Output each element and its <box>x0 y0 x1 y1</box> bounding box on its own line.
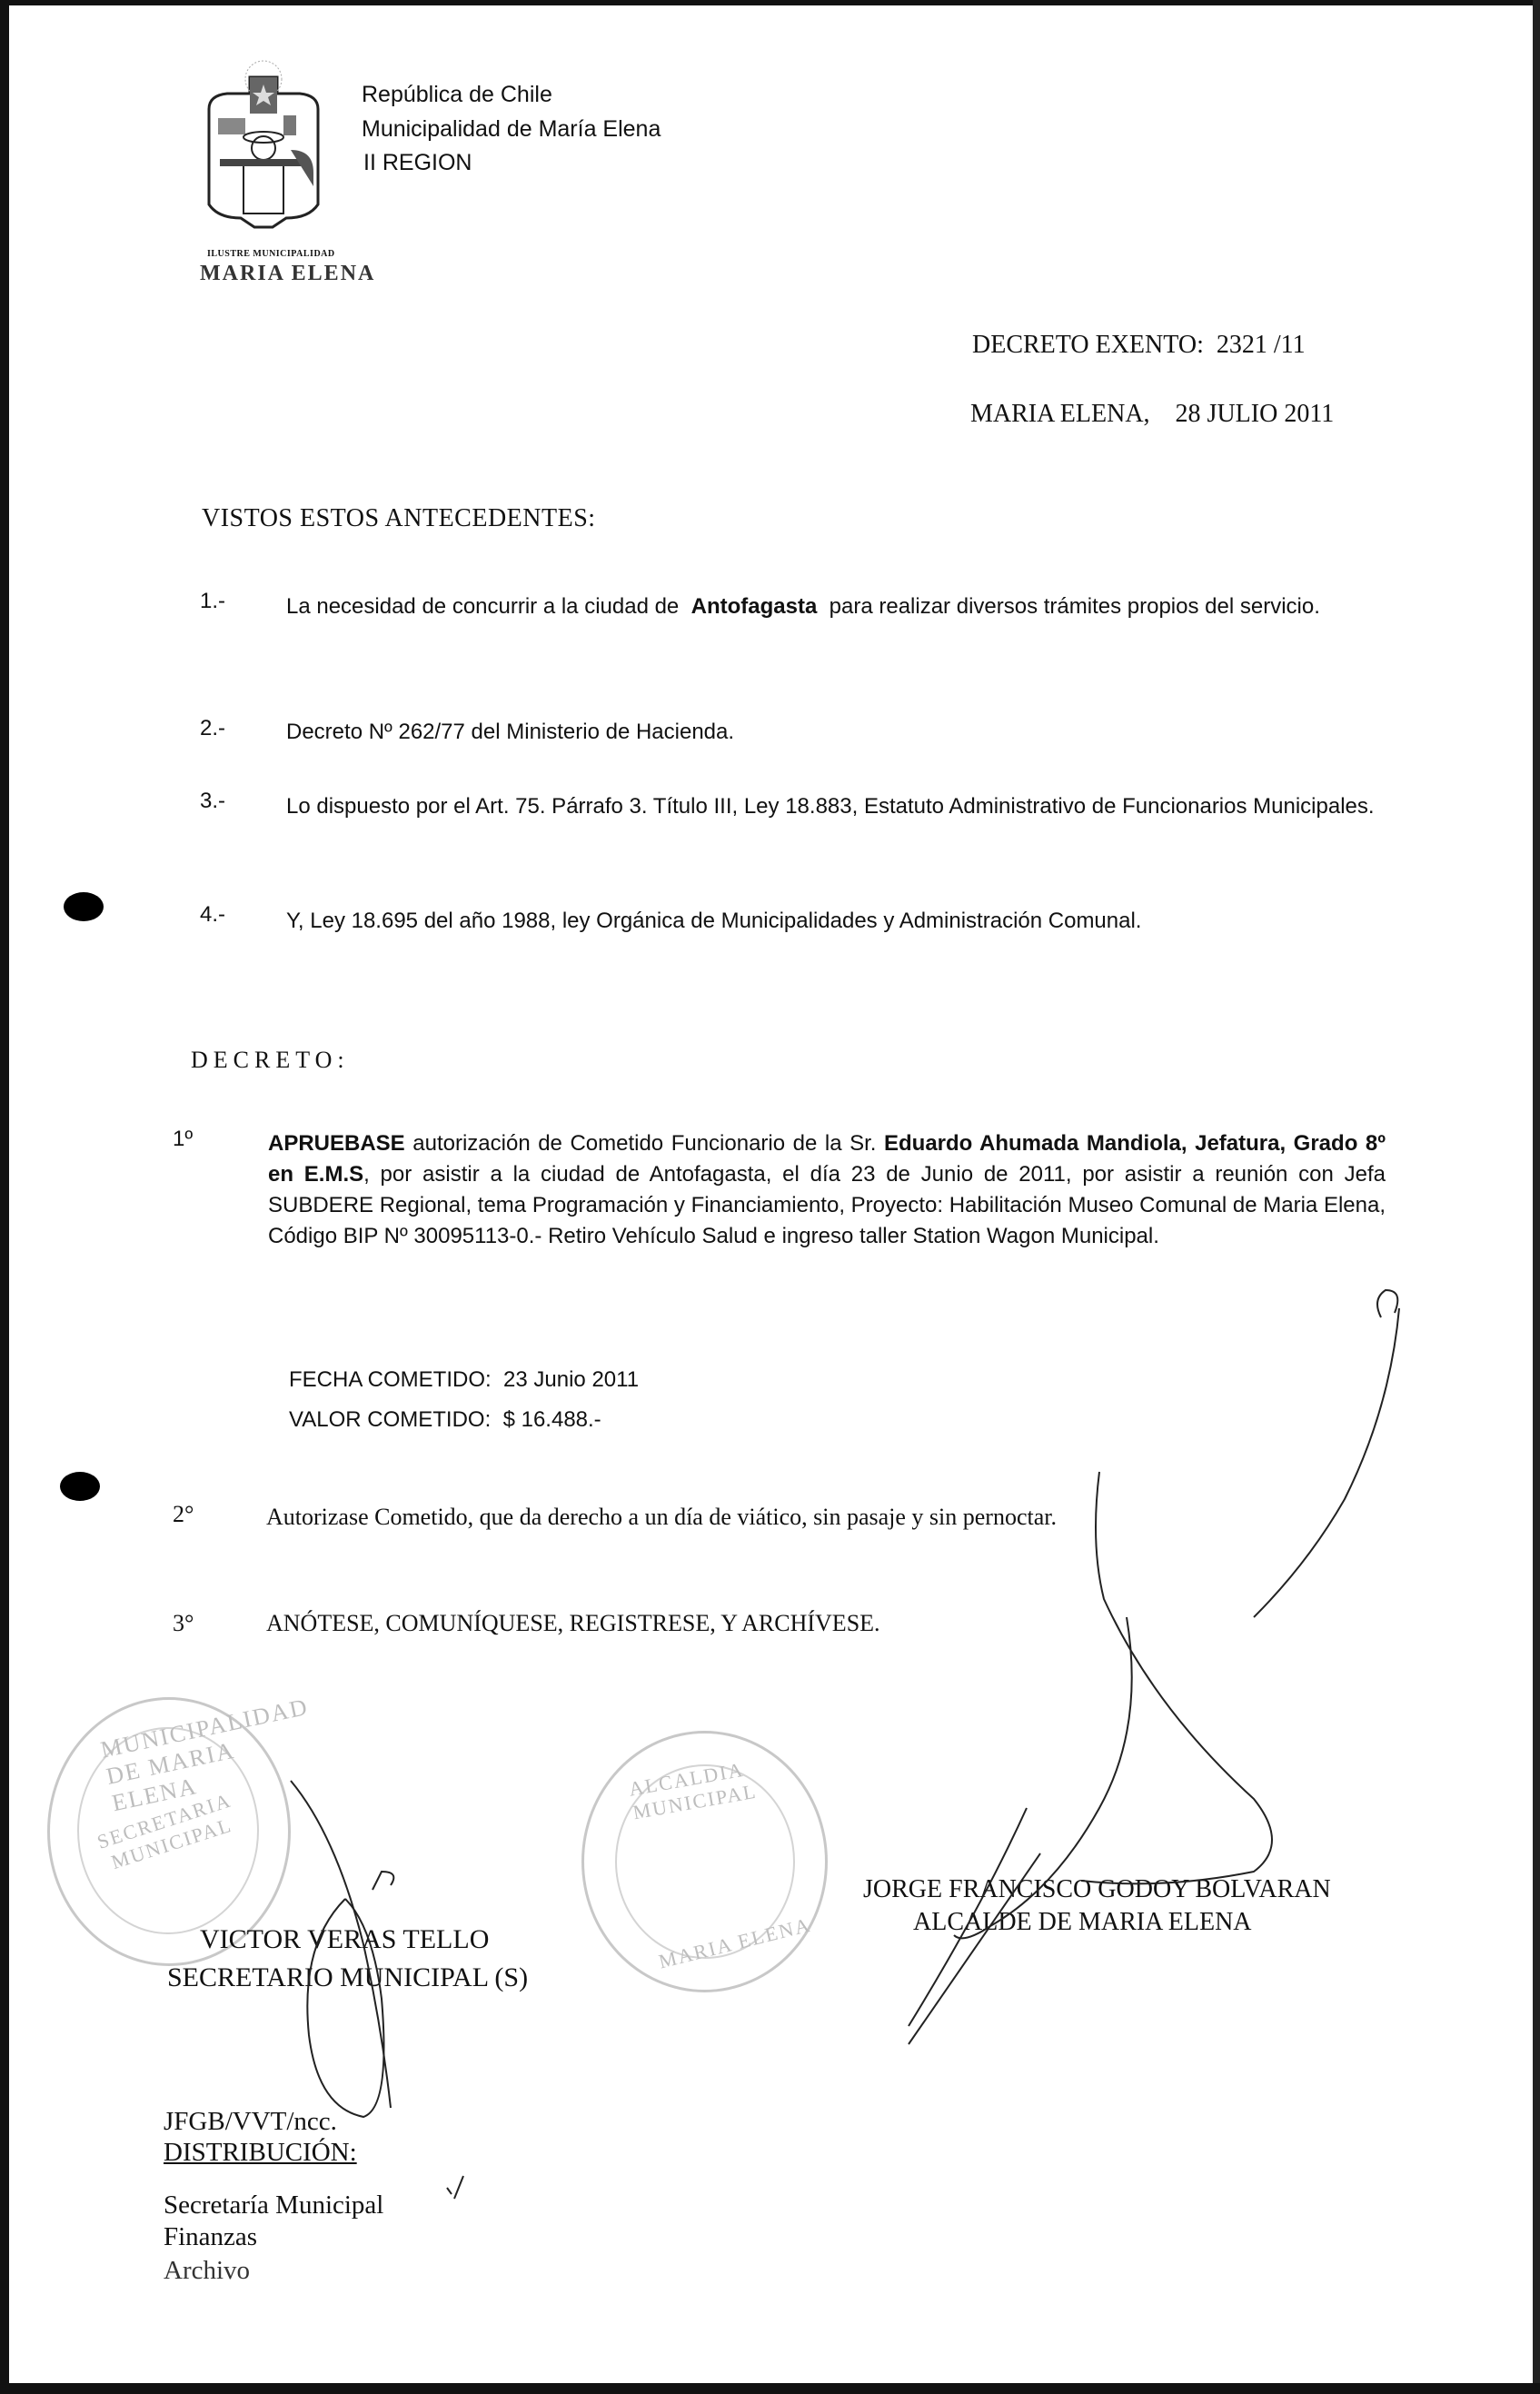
vistos-item-1-text-after: para realizar diversos trámites propios … <box>830 594 1320 619</box>
article-number: 3° <box>173 1610 194 1637</box>
mayor-title: ALCALDE DE MARIA ELENA <box>913 1908 1252 1937</box>
vistos-item-number: 4.- <box>200 902 225 928</box>
municipal-crest-icon <box>200 59 327 232</box>
distribution-item: Secretaría Municipal <box>164 2190 383 2220</box>
vistos-item-number: 1.- <box>200 589 225 614</box>
decree-place: MARIA ELENA, <box>970 400 1150 428</box>
distribution-item: Finanzas <box>164 2221 257 2252</box>
decree-number-label: DECRETO EXENTO: <box>972 331 1204 359</box>
letterhead-country: República de Chile <box>362 80 552 109</box>
decree-number: DECRETO EXENTO: 2321 /11 <box>972 331 1306 360</box>
article-number: 2° <box>173 1501 194 1528</box>
letterhead-municipality: Municipalidad de María Elena <box>362 114 661 144</box>
vistos-item-number: 3.- <box>200 789 225 814</box>
alcaldia-stamp-icon: ALCALDIA MUNICIPAL MARIA ELENA <box>581 1731 828 1992</box>
scan-border-bottom <box>0 2383 1540 2394</box>
crest-caption-small: ILUSTRE MUNICIPALIDAD <box>207 249 335 259</box>
vistos-item-2: Decreto Nº 262/77 del Ministerio de Haci… <box>286 716 1413 749</box>
valor-cometido-label: VALOR COMETIDO: <box>289 1407 491 1432</box>
article-1-lead: APRUEBASE <box>268 1131 405 1156</box>
punch-hole-icon <box>64 892 104 921</box>
letterhead-region: II REGION <box>363 148 472 177</box>
valor-cometido-value: $ 16.488.- <box>503 1407 601 1432</box>
decree-date: 28 JULIO 2011 <box>1176 400 1335 428</box>
article-2-text: Autorizase Cometido, que da derecho a un… <box>266 1504 1057 1531</box>
vistos-item-1-city: Antofagasta <box>691 594 818 619</box>
valor-cometido: VALOR COMETIDO: $ 16.488.- <box>289 1405 601 1435</box>
fecha-cometido-label: FECHA COMETIDO: <box>289 1367 492 1392</box>
distribution-title: DISTRIBUCIÓN: <box>164 2137 357 2168</box>
article-1-text-b: , por asistir a la ciudad de Antofagasta… <box>268 1162 1386 1248</box>
decree-place-date: MARIA ELENA, 28 JULIO 2011 <box>970 400 1334 429</box>
secretary-name: VICTOR VERAS TELLO <box>200 1924 489 1955</box>
scanned-document-page: ILUSTRE MUNICIPALIDAD MARIA ELENA Repúbl… <box>0 0 1540 2394</box>
article-number: 1º <box>173 1127 193 1152</box>
vistos-title: VISTOS ESTOS ANTECEDENTES: <box>202 504 596 533</box>
secretary-title: SECRETARIO MUNICIPAL (S) <box>167 1962 528 1993</box>
decreto-title: DECRETO: <box>191 1047 350 1074</box>
distribution-item: Archivo <box>164 2255 250 2286</box>
mayor-name: JORGE FRANCISCO GODOY BOLVARAN <box>863 1875 1331 1904</box>
decree-number-value: 2321 /11 <box>1217 331 1306 359</box>
scan-border-top <box>0 0 1540 5</box>
vistos-item-4: Y, Ley 18.695 del año 1988, ley Orgánica… <box>286 905 1413 938</box>
article-1-text: APRUEBASE autorización de Cometido Funci… <box>268 1128 1386 1252</box>
article-1-text-a: autorización de Cometido Funcionario de … <box>412 1131 876 1156</box>
vistos-item-1: La necesidad de concurrir a la ciudad de… <box>286 591 1413 623</box>
scan-border-right <box>1533 0 1540 2394</box>
scan-border-left <box>0 0 9 2394</box>
document-initials: JFGB/VVT/ncc. <box>164 2106 337 2137</box>
vistos-item-3: Lo dispuesto por el Art. 75. Párrafo 3. … <box>286 790 1413 823</box>
punch-hole-icon <box>60 1472 100 1501</box>
article-3-text: ANÓTESE, COMUNÍQUESE, REGISTRESE, Y ARCH… <box>266 1610 880 1637</box>
vistos-item-number: 2.- <box>200 716 225 741</box>
fecha-cometido: FECHA COMETIDO: 23 Junio 2011 <box>289 1365 639 1396</box>
vistos-item-1-text: La necesidad de concurrir a la ciudad de <box>286 594 679 619</box>
fecha-cometido-value: 23 Junio 2011 <box>503 1367 639 1392</box>
crest-caption-big: MARIA ELENA <box>200 262 375 286</box>
